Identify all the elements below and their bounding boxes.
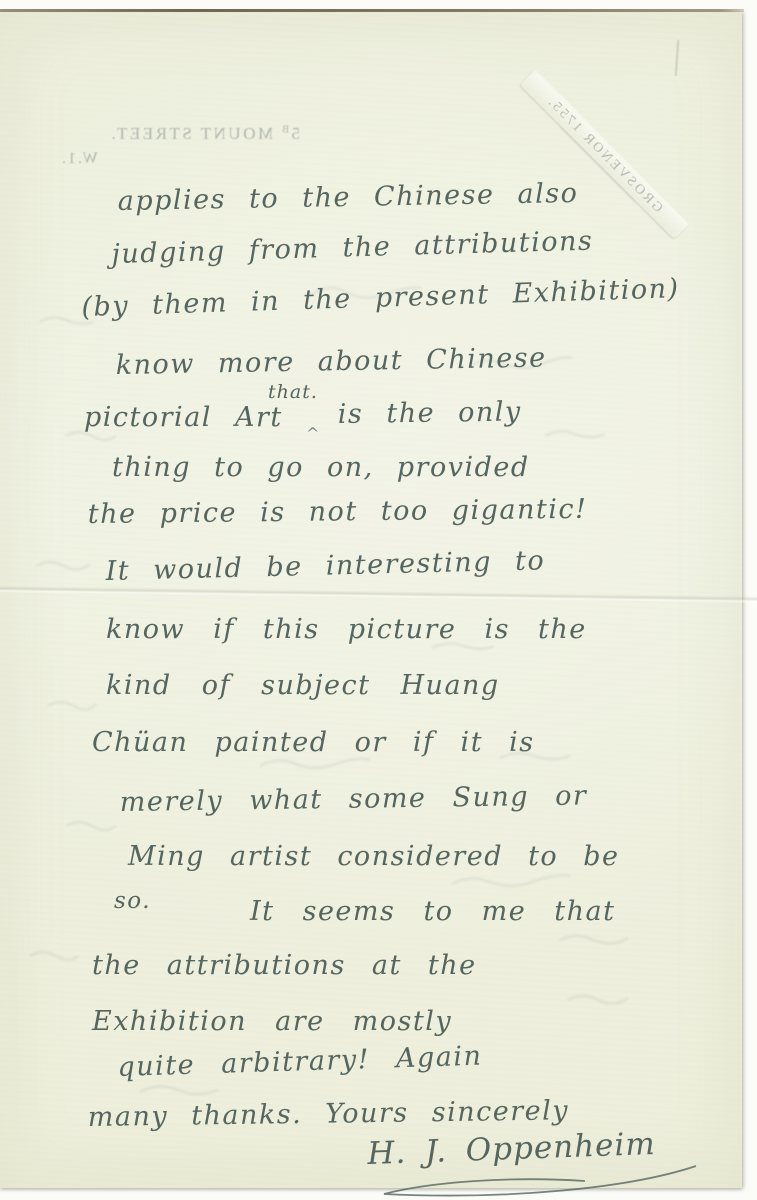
letterhead-showthrough: 5B MOUNT STREET. W.1.: [58, 124, 310, 168]
handwritten-line: Chüan painted or if it is: [92, 727, 535, 758]
handwritten-line: It seems to me that: [250, 896, 616, 927]
letterhead-street-name: MOUNT STREET.: [109, 124, 273, 143]
handwritten-line: Ming artist considered to be: [128, 841, 620, 872]
handwritten-line: Exhibition are mostly: [92, 1006, 452, 1037]
handwritten-line: kind of subject Huang: [106, 670, 500, 701]
letterhead-district: W.1.: [58, 150, 310, 168]
signature-flourish: [360, 1148, 710, 1200]
handwritten-line: so.: [114, 888, 151, 914]
handwritten-line: know if this picture is the: [106, 614, 587, 645]
insertion-word: that.: [268, 381, 318, 403]
handwritten-line: merely what some Sung or: [120, 780, 588, 818]
handwritten-line: the attributions at the: [92, 950, 477, 981]
letterhead-street: 5B MOUNT STREET.: [58, 124, 310, 144]
handwritten-line: pictorial Art: [84, 402, 283, 433]
insertion-caret: ^: [306, 424, 321, 443]
letterhead-street-number: 5: [289, 124, 300, 143]
handwritten-line: the price is not too gigantic!: [88, 494, 588, 530]
letterhead-street-number-sup: B: [280, 124, 289, 135]
handwritten-line: is the only: [338, 396, 522, 430]
handwritten-line: thing to go on, provided: [112, 452, 530, 483]
